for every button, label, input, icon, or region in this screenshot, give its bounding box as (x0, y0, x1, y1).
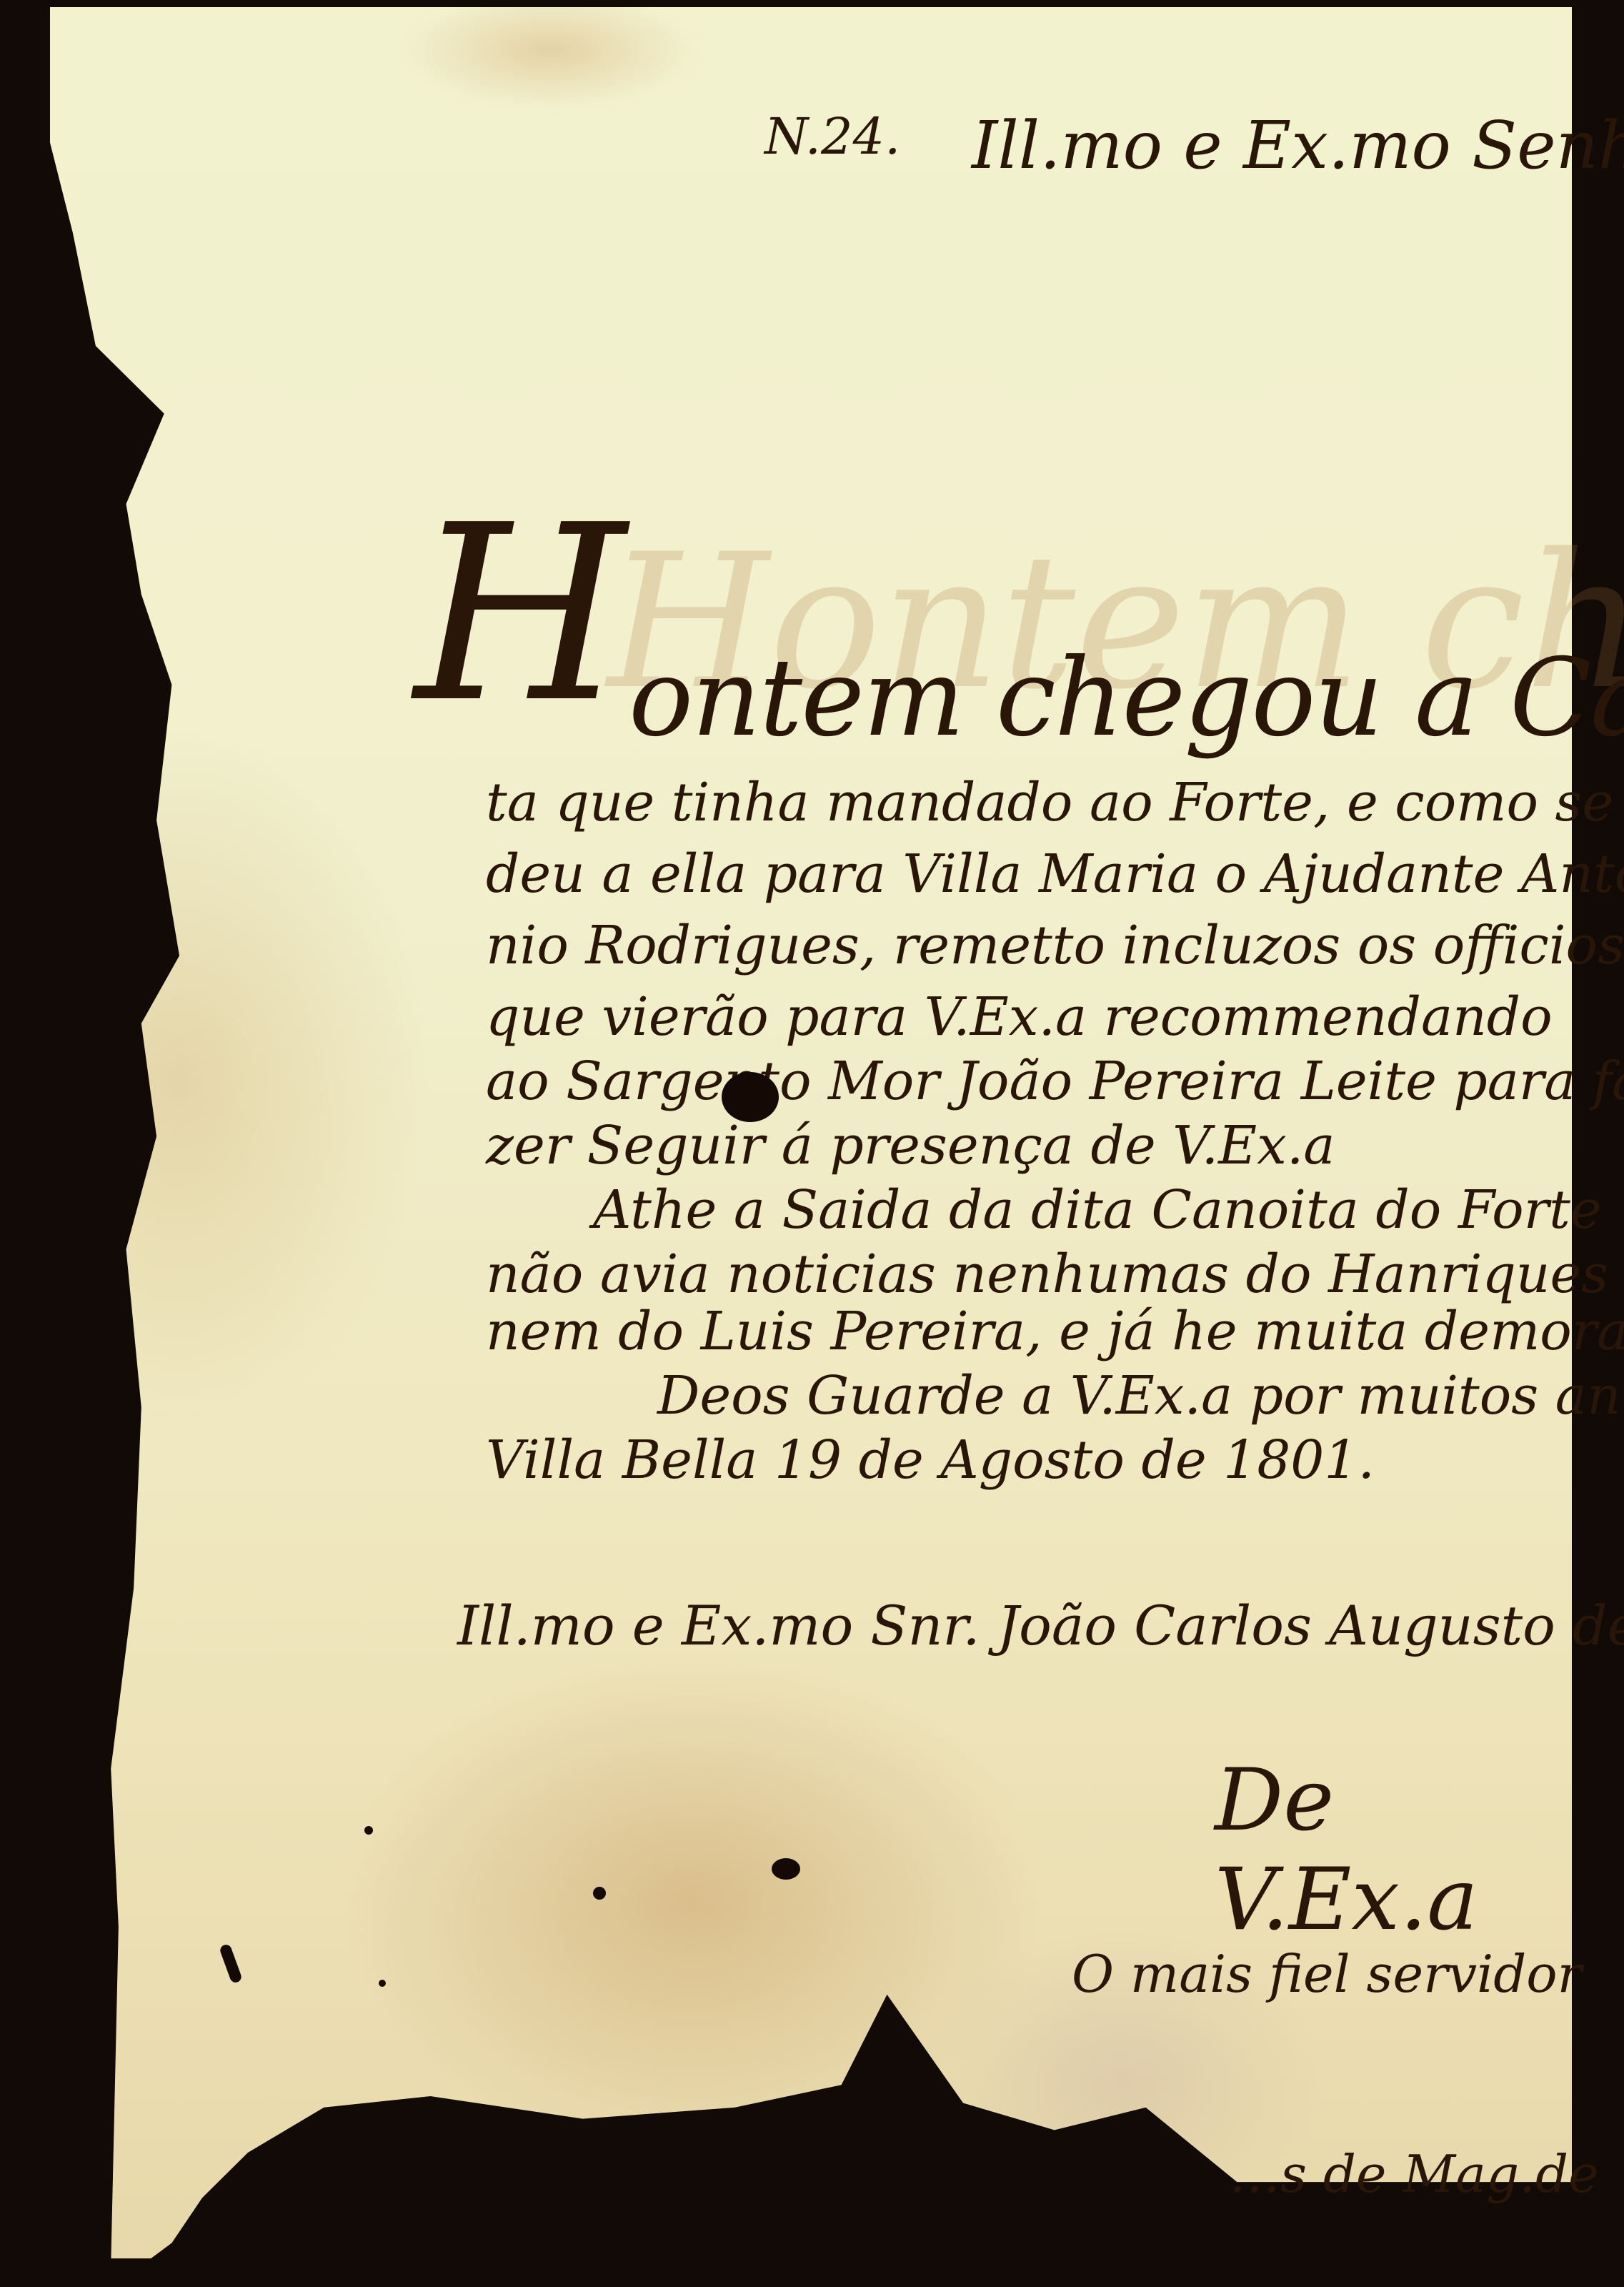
place-date-line: Villa Bella 19 de Agosto de 1801. (486, 1429, 1375, 1491)
ink-blot (722, 1072, 779, 1122)
ink-spot (593, 1887, 606, 1900)
salutation-title: Ill.mo e Ex.mo (972, 107, 1451, 184)
closing-abbreviation: De V.Ex.a (1215, 1751, 1624, 1950)
document-number: N.24. (764, 107, 900, 166)
body-line: Deos Guarde a V.Ex.a por muitos annos (657, 1365, 1624, 1427)
body-line: Athe a Saida da dita Canoita do Forte (593, 1179, 1602, 1241)
body-line: não avia noticias nenhumas do Hanriques (486, 1244, 1608, 1305)
body-first-line: ontem chegou a Canoi (629, 636, 1624, 760)
body-line: ao Sargento Mor João Pereira Leite para … (486, 1051, 1624, 1112)
body-line: que vierão para V.Ex.a recommendando (486, 986, 1553, 1048)
scan-background-left (0, 0, 50, 2287)
salutation-senhor: Senhor (1472, 107, 1624, 184)
addressee: Ill.mo e Ex.mo Snr. João Carlos Augusto … (457, 1594, 1624, 1657)
ink-blot (772, 1858, 800, 1880)
salutation: Ill.mo e Ex.mo Senhor (972, 107, 1624, 184)
signature: …s de Mag.de (1229, 2144, 1599, 2204)
drop-cap: H (414, 493, 627, 736)
scan-background-bottom (0, 2258, 1624, 2287)
body-line: nem do Luis Pereira, e já he muita demor… (486, 1301, 1624, 1362)
ink-spot (379, 1980, 386, 1987)
body-line: ta que tinha mandado ao Forte, e como se (486, 772, 1613, 833)
body-line: zer Seguir á presença de V.Ex.a (486, 1115, 1335, 1176)
closing-formula: O mais fiel servidor (1072, 1944, 1582, 2004)
ink-spot (364, 1826, 373, 1835)
body-line: nio Rodrigues, remetto incluzos os offic… (486, 915, 1624, 976)
body-line: deu a ella para Villa Maria o Ajudante A… (486, 843, 1624, 905)
